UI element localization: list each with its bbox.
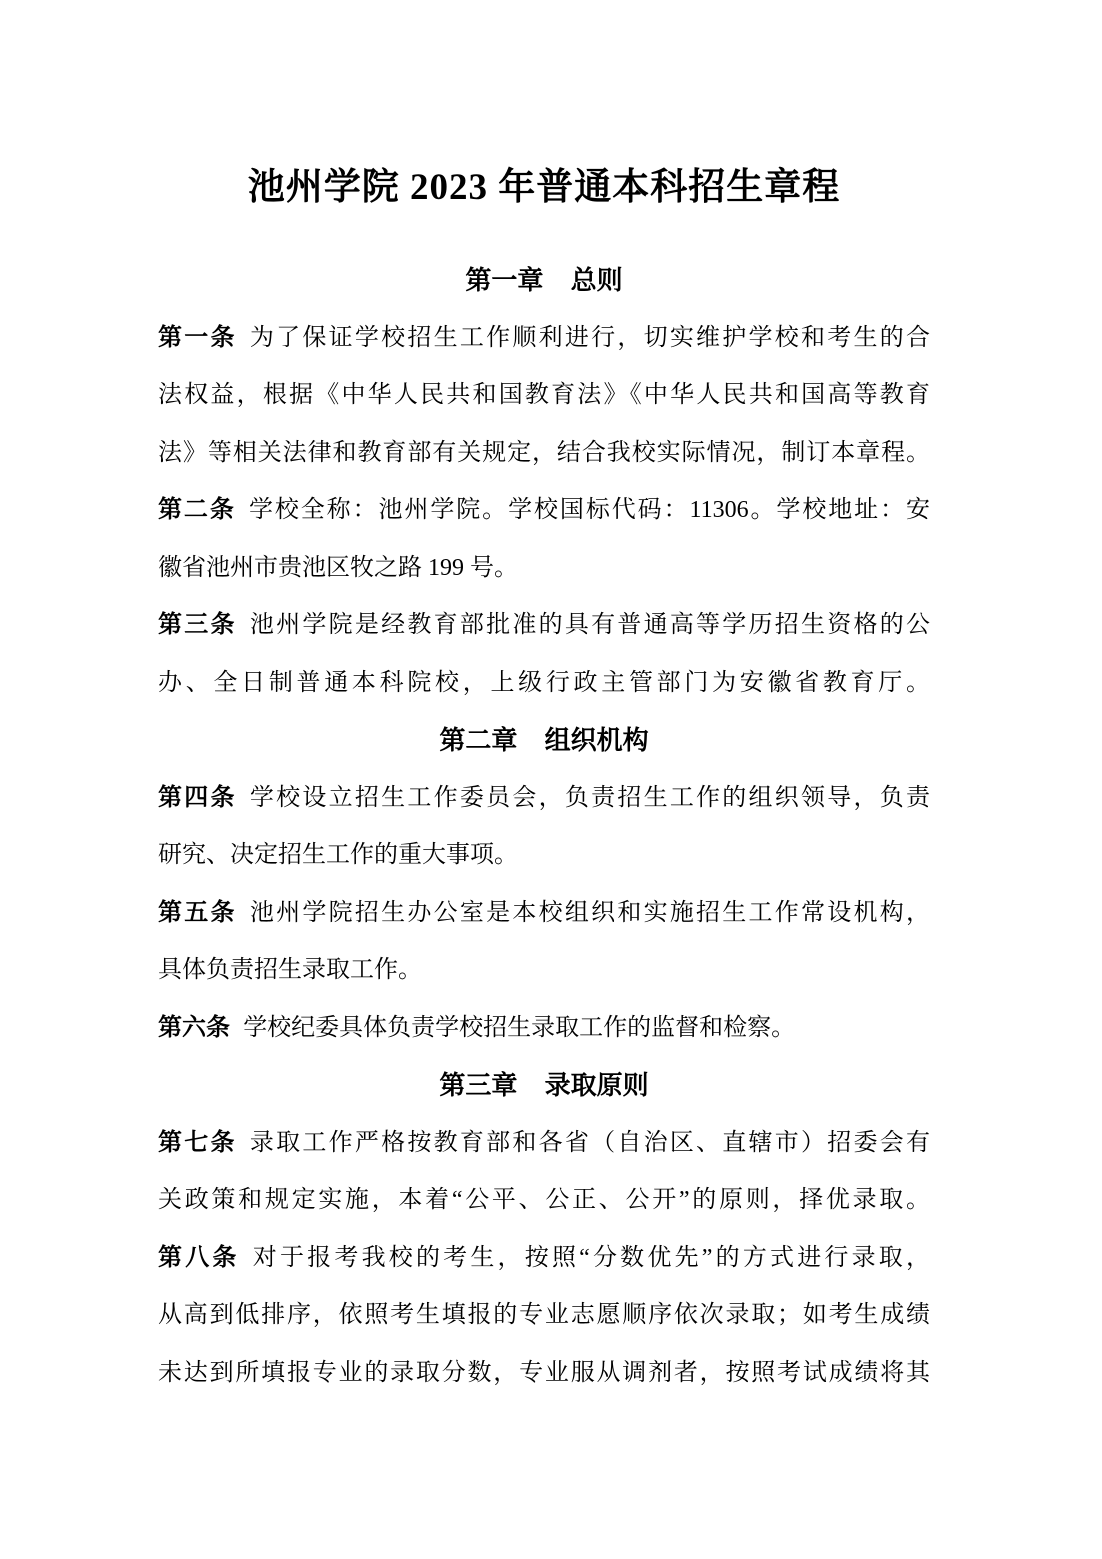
chapter-3-title: 录取原则 <box>545 1071 649 1100</box>
article-4-line-1: 第四条学校设立招生工作委员会，负责招生工作的组织领导，负责 <box>158 770 930 828</box>
article-7-text-1: 录取工作严格按教育部和各省（自治区、直辖市）招委会有 <box>250 1130 930 1156</box>
article-1-line-2: 法权益，根据《中华人民共和国教育法》《中华人民共和国高等教育 <box>158 367 930 425</box>
article-2-line-1: 第二条学校全称：池州学院。学校国标代码：11306。学校地址：安 <box>158 482 930 540</box>
article-4-text-1: 学校设立招生工作委员会，负责招生工作的组织领导，负责 <box>250 785 930 811</box>
article-3-line-1: 第三条池州学院是经教育部批准的具有普通高等学历招生资格的公 <box>158 597 930 655</box>
article-1-text-2: 法权益，根据《中华人民共和国教育法》《中华人民共和国高等教育 <box>158 382 930 408</box>
article-7-line-2: 关政策和规定实施，本着“公平、公正、公开”的原则，择优录取。 <box>158 1172 930 1230</box>
article-5-text-1: 池州学院招生办公室是本校组织和实施招生工作常设机构， <box>250 900 930 926</box>
chapter-2-heading: 第二章组织机构 <box>158 712 930 770</box>
article-1-text-1: 为了保证学校招生工作顺利进行，切实维护学校和考生的合 <box>250 325 930 351</box>
document-title: 池州学院 2023 年普通本科招生章程 <box>158 160 930 216</box>
article-6-text-1: 学校纪委具体负责学校招生录取工作的监督和检察。 <box>243 1015 795 1041</box>
article-1-line-1: 第一条为了保证学校招生工作顺利进行，切实维护学校和考生的合 <box>158 310 930 368</box>
article-5-label: 第五条 <box>158 900 237 926</box>
chapter-2-number: 第二章 <box>439 726 517 755</box>
article-7-label: 第七条 <box>158 1130 237 1156</box>
article-8-line-1: 第八条对于报考我校的考生，按照“分数优先”的方式进行录取， <box>158 1230 930 1288</box>
article-8-text-1: 对于报考我校的考生，按照“分数优先”的方式进行录取， <box>253 1245 930 1271</box>
article-8-line-2: 从高到低排序，依照考生填报的专业志愿顺序依次录取；如考生成绩 <box>158 1287 930 1345</box>
article-8-text-2: 从高到低排序，依照考生填报的专业志愿顺序依次录取；如考生成绩 <box>158 1302 930 1328</box>
article-4-label: 第四条 <box>158 785 237 811</box>
chapter-1-title: 总则 <box>571 266 623 295</box>
article-6-label: 第六条 <box>158 1015 230 1041</box>
article-4-text-2: 研究、决定招生工作的重大事项。 <box>158 842 518 868</box>
article-7-line-1: 第七条录取工作严格按教育部和各省（自治区、直辖市）招委会有 <box>158 1115 930 1173</box>
article-3-text-2: 办、全日制普通本科院校，上级行政主管部门为安徽省教育厅。 <box>158 670 930 696</box>
article-2-text-1: 学校全称：池州学院。学校国标代码：11306。学校地址：安 <box>249 497 930 523</box>
article-1-label: 第一条 <box>158 325 237 351</box>
article-6-line-1: 第六条学校纪委具体负责学校招生录取工作的监督和检察。 <box>158 1000 930 1058</box>
article-2-label: 第二条 <box>158 497 236 523</box>
chapter-3-number: 第三章 <box>439 1071 517 1100</box>
chapter-1-heading: 第一章总则 <box>158 252 930 310</box>
article-2-text-2: 徽省池州市贵池区牧之路 199 号。 <box>158 555 518 581</box>
article-8-label: 第八条 <box>158 1245 240 1271</box>
article-8-line-3: 未达到所填报专业的录取分数，专业服从调剂者，按照考试成绩将其 <box>158 1345 930 1403</box>
article-3-text-1: 池州学院是经教育部批准的具有普通高等学历招生资格的公 <box>250 612 930 638</box>
chapter-2-title: 组织机构 <box>545 726 649 755</box>
article-4-line-2: 研究、决定招生工作的重大事项。 <box>158 827 930 885</box>
article-8-text-3: 未达到所填报专业的录取分数，专业服从调剂者，按照考试成绩将其 <box>158 1360 930 1386</box>
article-1-line-3: 法》等相关法律和教育部有关规定，结合我校实际情况，制订本章程。 <box>158 425 930 483</box>
article-1-text-3: 法》等相关法律和教育部有关规定，结合我校实际情况，制订本章程。 <box>158 440 930 466</box>
article-5-line-1: 第五条池州学院招生办公室是本校组织和实施招生工作常设机构， <box>158 885 930 943</box>
article-2-line-2: 徽省池州市贵池区牧之路 199 号。 <box>158 540 930 598</box>
chapter-1-number: 第一章 <box>465 266 543 295</box>
article-5-text-2: 具体负责招生录取工作。 <box>158 957 422 983</box>
document-page: 池州学院 2023 年普通本科招生章程 第一章总则 第一条为了保证学校招生工作顺… <box>0 0 1102 1559</box>
article-5-line-2: 具体负责招生录取工作。 <box>158 942 930 1000</box>
chapter-3-heading: 第三章录取原则 <box>158 1057 930 1115</box>
article-3-label: 第三条 <box>158 612 237 638</box>
document-body: 第一章总则 第一条为了保证学校招生工作顺利进行，切实维护学校和考生的合 法权益，… <box>158 252 930 1402</box>
article-7-text-2: 关政策和规定实施，本着“公平、公正、公开”的原则，择优录取。 <box>158 1187 930 1213</box>
article-3-line-2: 办、全日制普通本科院校，上级行政主管部门为安徽省教育厅。 <box>158 655 930 713</box>
